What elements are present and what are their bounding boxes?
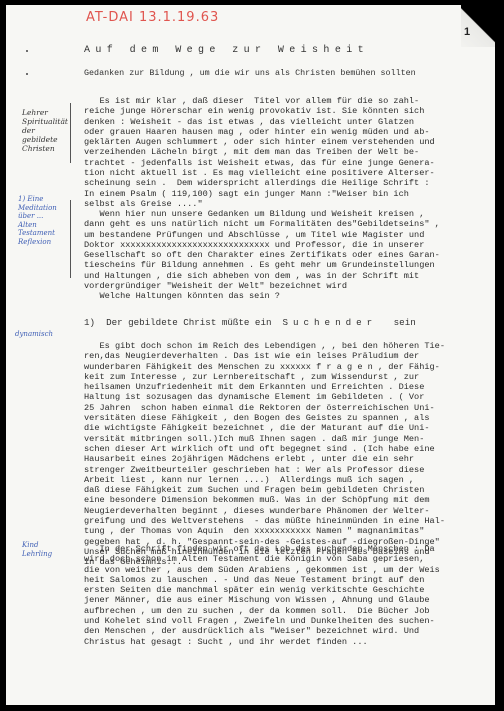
- paragraph-2: Wenn hier nun unsere Gedanken um Bildung…: [84, 209, 440, 302]
- paragraph-1: Es ist mir klar , daß dieser Titel vor a…: [84, 96, 435, 209]
- margin-note-1: Lehrer Spiritualität der gebildete Chris…: [22, 108, 68, 153]
- text-line: aufbrechen , um den zu suchen , der da k…: [84, 606, 440, 616]
- text-line: tion nicht aktuell ist . Es mag vielleic…: [84, 168, 435, 178]
- text-line: Hausarbeit eines 2ojährigen Mädchens erl…: [84, 454, 445, 464]
- margin-note-3: dynamisch: [15, 330, 53, 339]
- margin-line: [70, 200, 71, 278]
- text-line: Gesellschaft so oft den Charakter eines …: [84, 250, 440, 260]
- section-prefix: Der gebildete Christ müßte ein: [106, 317, 271, 328]
- text-line: den Menschen , der ausdrücklich als "Wei…: [84, 626, 440, 636]
- paragraph-3: Es gibt doch schon im Reich des Lebendig…: [84, 341, 445, 568]
- paragraph-4: In der Schrift finden wir oft das Lob de…: [84, 544, 440, 647]
- text-line: und Haltungen , die sich abheben von dem…: [84, 271, 440, 281]
- text-line: versität mitbringen soll.)Ich muß Ihnen …: [84, 434, 445, 444]
- text-line: heilsamen Unzufriedenheit mit dem Erkann…: [84, 382, 445, 392]
- section-keyword: Suchender: [283, 317, 378, 328]
- text-line: Christus hat gesagt : Sucht , und ihr we…: [84, 637, 440, 647]
- text-line: Welche Haltungen könnten das sein ?: [84, 291, 440, 301]
- text-line: eine besondere Dimension bekommen muß. W…: [84, 495, 445, 505]
- section-heading: 1) Der gebildete Christ müßte ein Suchen…: [84, 317, 416, 328]
- page-number: 1: [464, 26, 470, 38]
- text-line: die wichtigste Fähigkeit bezeichnet , di…: [84, 423, 445, 433]
- text-line: greifung und des Weltverstehens - das mü…: [84, 516, 445, 526]
- text-line: vordergründiger "Weisheit der Welt" beze…: [84, 281, 440, 291]
- text-line: heit Salomos zu lauschen . - Und das Neu…: [84, 575, 440, 585]
- text-line: In einem Psalm ( 119,100) sagt ein junge…: [84, 189, 435, 199]
- text-line: Arbeit liest , kann nur lernen ....) All…: [84, 475, 445, 485]
- text-line: Haltung ist sozusagen das dynamische Ele…: [84, 392, 445, 402]
- text-line: trachtet - jedenfalls ist Weisheit etwas…: [84, 158, 435, 168]
- text-line: dann geht es uns natürlich nicht um Form…: [84, 219, 440, 229]
- punch-mark: [26, 50, 28, 52]
- text-line: Neugierdeverhalten beginnt , dieses wund…: [84, 506, 445, 516]
- text-line: selbst als Greise ....": [84, 199, 435, 209]
- section-suffix: sein: [394, 317, 416, 328]
- margin-note-2: 1) Eine Meditation über ... Alten Testam…: [18, 195, 57, 246]
- text-line: In der Schrift finden wir oft das Lob de…: [84, 544, 440, 554]
- text-line: oder grauen Haaren hausen mag , oder hin…: [84, 127, 435, 137]
- archive-stamp: AT-DAI 13.1.19.63: [86, 10, 219, 25]
- text-line: Doktor xxxxxxxxxxxxxxxxxxxxxxxxxxxxx und…: [84, 240, 440, 250]
- text-line: denken : Weisheit - das ist etwas , das …: [84, 117, 435, 127]
- section-number: 1): [84, 317, 95, 328]
- text-line: wird doch schon im Alten Testament die K…: [84, 554, 440, 564]
- margin-line: [70, 103, 71, 163]
- text-line: jener Männer, die aus einer Mischung von…: [84, 595, 440, 605]
- text-line: verzeihenden Lächeln birgt , mit dem man…: [84, 147, 435, 157]
- text-line: tiescheins für Bildung annehmen . Es geh…: [84, 260, 440, 270]
- text-line: versitäten diese Fähigkeit , den Bogen d…: [84, 413, 445, 423]
- margin-note-4: Kind Lehrling: [22, 541, 52, 558]
- text-line: ren,das Neugierdeverhalten . Das ist wie…: [84, 351, 445, 361]
- text-line: daß diese Fähigkeit zum Suchen und Frage…: [84, 485, 445, 495]
- text-line: 25 Jahren schon haben einmal die Rektore…: [84, 403, 445, 413]
- document-title: Auf dem Wege zur Weisheit: [84, 45, 369, 56]
- text-line: und Kohelet sind voll Fragen , Zweifeln …: [84, 616, 440, 626]
- text-line: Wenn hier nun unsere Gedanken um Bildung…: [84, 209, 440, 219]
- punch-mark: [26, 73, 28, 75]
- text-line: ersten Seiten die manchmal später ein we…: [84, 585, 440, 595]
- text-line: scheinung sein . Dem widerspricht allerd…: [84, 178, 435, 188]
- text-line: geklärten Augen schlummert , oder sich h…: [84, 137, 435, 147]
- text-line: Es gibt doch schon im Reich des Lebendig…: [84, 341, 445, 351]
- text-line: schen dieser Art wirklich oft und oft be…: [84, 444, 445, 454]
- document-subtitle: Gedanken zur Bildung , um die wir uns al…: [84, 68, 416, 78]
- text-line: keit zum Interesse , zur Lernbereitschaf…: [84, 372, 445, 382]
- text-line: Es ist mir klar , daß dieser Titel vor a…: [84, 96, 435, 106]
- text-line: wunderbaren Fähigkeit des Menschen zu xx…: [84, 362, 445, 372]
- text-line: um bestandene Prüfungen und Abschlüsse ,…: [84, 230, 440, 240]
- text-line: die von weither , aus dem Süden Arabiens…: [84, 565, 440, 575]
- text-line: tung , der Thomas von Aquin den xxxxxxxx…: [84, 526, 445, 536]
- text-line: reiche junge Hörerschar ein wenig provok…: [84, 106, 435, 116]
- text-line: strenger Zweitbeurteiler geschrieben hat…: [84, 465, 445, 475]
